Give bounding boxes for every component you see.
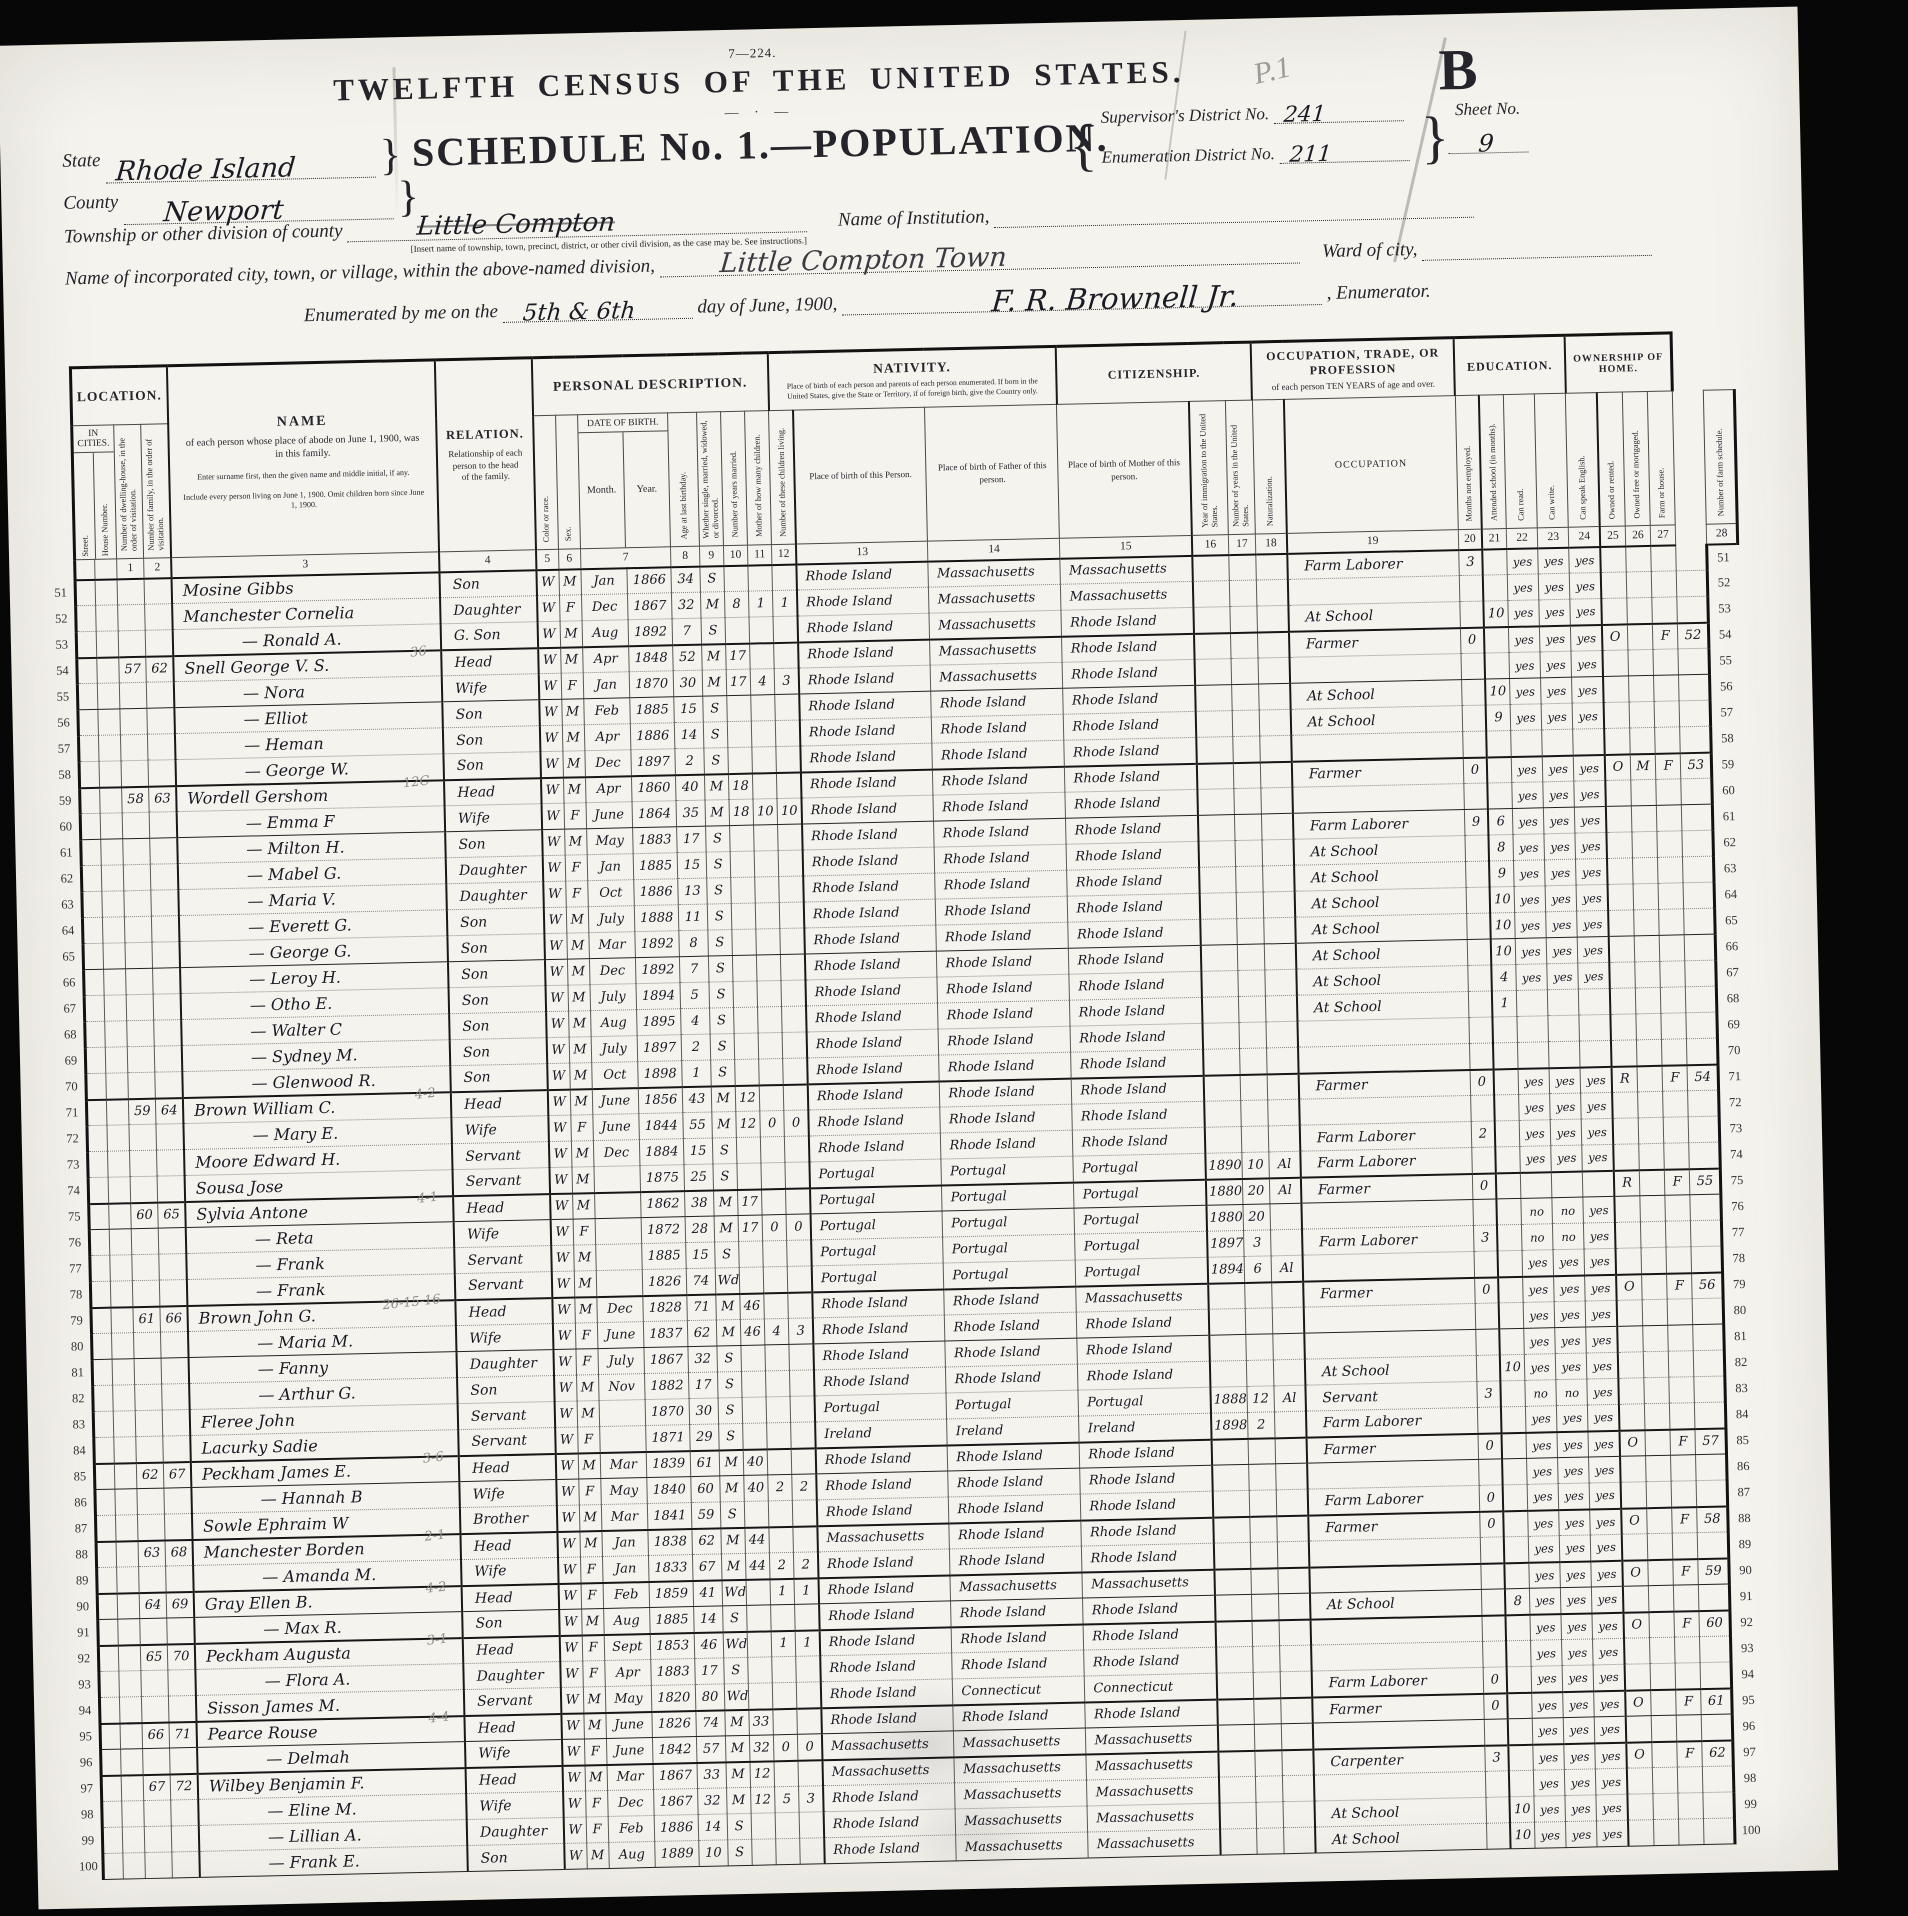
cell-attended-school: [1495, 1120, 1520, 1147]
line-number-left: 71: [59, 1100, 87, 1127]
cell-can-read: yes: [1530, 1614, 1562, 1641]
enumeration-district-label: Enumeration District No.: [1101, 144, 1275, 167]
cell-birth-month: July: [590, 984, 637, 1011]
cell-marital-status: S: [702, 696, 727, 723]
col-num: 5: [536, 549, 559, 569]
cell-marital-status: M: [726, 1761, 751, 1788]
cell-mother-of: [771, 1604, 796, 1631]
cell-sex: F: [573, 1219, 596, 1245]
cell-marital-status: S: [703, 748, 728, 775]
cell-age: 7: [672, 618, 701, 645]
line-number-right: 81: [1724, 1323, 1755, 1350]
cell-children-living: [786, 1188, 811, 1215]
cell-birthplace: Rhode Island: [819, 1601, 952, 1630]
cell-can-read: yes: [1508, 600, 1540, 627]
cell-can-speak-english: yes: [1586, 1326, 1618, 1353]
cell-children-living: [795, 1604, 820, 1631]
line-number-right: 52: [1708, 570, 1739, 597]
person-name: Sisson James M.: [207, 1696, 340, 1718]
cell-years-in-us: [1241, 1126, 1269, 1153]
cell-dwelling-number: [139, 1566, 167, 1593]
cell-dwelling-number: 63: [138, 1540, 166, 1567]
person-name: Peckham James E.: [202, 1462, 351, 1484]
cell-age: 2: [675, 748, 704, 775]
line-number-left: 59: [52, 788, 80, 815]
cell-farm-schedule-number: [1689, 1142, 1721, 1169]
cell-mother-birthplace: Rhode Island: [1064, 737, 1197, 766]
cell-attended-school: [1505, 1562, 1530, 1589]
cell-months-unemployed: 0: [1472, 1173, 1497, 1200]
person-name: — George G.: [190, 941, 351, 964]
cell-mother-of: [772, 1656, 797, 1683]
cell-occupation: Farmer: [1292, 758, 1464, 788]
cell-can-read: yes: [1533, 1770, 1565, 1797]
cell-immigration-year: [1197, 763, 1234, 790]
enumerated-post: day of June, 1900,: [697, 294, 837, 318]
cell-birth-year: 1872: [641, 1217, 686, 1244]
cell-birthplace: Rhode Island: [807, 1055, 940, 1084]
cell-marital-status: M: [714, 1215, 739, 1242]
cell-children-living: [793, 1500, 818, 1527]
cell-street: [78, 709, 99, 735]
cell-birth-year: 1883: [633, 827, 678, 854]
cell-age: 32: [698, 1788, 727, 1815]
cell-dwelling-number: [126, 968, 154, 995]
cell-can-read: yes: [1508, 626, 1540, 653]
col-num: 11: [747, 545, 772, 566]
cell-dwelling-number: [135, 1410, 163, 1437]
cell-dwelling-number: [122, 812, 150, 839]
cell-relation: Son: [447, 934, 544, 962]
cell-color-race: W: [540, 751, 563, 777]
cell-mother-birthplace: Massachusetts: [1087, 1777, 1220, 1806]
cell-mother-of: [776, 1838, 801, 1865]
cell-farm-or-house: [1676, 1715, 1702, 1742]
cell-farm-or-house: [1677, 1767, 1703, 1794]
cell-children-living: 0: [784, 1110, 809, 1137]
cell-father-birthplace: Rhode Island: [937, 948, 1070, 977]
cell-can-write: yes: [1559, 1509, 1591, 1536]
cell-sex: M: [583, 1712, 606, 1738]
cell-mother-birthplace: Rhode Island: [1080, 1439, 1213, 1468]
cell-marital-status: S: [718, 1397, 743, 1424]
cell-birthplace: Massachusetts: [822, 1757, 955, 1786]
cell-years-in-us: [1238, 970, 1266, 997]
cell-owned-free-mortgaged: [1650, 1663, 1676, 1690]
cell-months-unemployed: [1478, 1459, 1503, 1486]
cell-relation: Son: [440, 570, 537, 598]
cell-age: 17: [695, 1658, 724, 1685]
cell-can-speak-english: yes: [1578, 962, 1610, 989]
cell-birthplace: Rhode Island: [809, 1133, 942, 1162]
cell-months-unemployed: [1462, 705, 1487, 732]
cell-owned-free-mortgaged: [1633, 909, 1659, 936]
cell-years-in-us: [1229, 554, 1257, 581]
cell-birth-month: May: [605, 1685, 652, 1712]
cell-farm-schedule-number: [1682, 804, 1714, 831]
cell-color-race: W: [550, 1193, 573, 1219]
cell-father-birthplace: Rhode Island: [953, 1702, 1086, 1731]
cell-mother-birthplace: Rhode Island: [1062, 633, 1195, 662]
line-number-right: 95: [1732, 1687, 1763, 1714]
cell-can-read: yes: [1515, 912, 1547, 939]
cell-attended-school: [1483, 575, 1508, 602]
cell-mother-birthplace: Rhode Island: [1077, 1309, 1210, 1338]
cell-months-unemployed: 3: [1473, 1225, 1498, 1252]
cell-years-married: 12: [750, 1761, 775, 1788]
cell-mother-birthplace: Rhode Island: [1065, 763, 1198, 792]
cell-color-race: W: [549, 1167, 572, 1193]
cell-relation: Son: [442, 700, 539, 728]
cell-occupation: [1299, 1095, 1471, 1125]
cell-can-speak-english: yes: [1592, 1612, 1624, 1639]
cell-dwelling-number: 67: [143, 1774, 171, 1801]
cell-farm-or-house: [1665, 1195, 1691, 1222]
cell-can-read: yes: [1525, 1406, 1557, 1433]
cell-birthplace: Rhode Island: [801, 769, 934, 798]
family-column-label: Number of family, in the order of visita…: [141, 424, 171, 559]
cell-naturalization: [1261, 813, 1293, 840]
cell-owned-rented: [1600, 546, 1626, 573]
cell-owned-rented: O: [1626, 1742, 1652, 1769]
cell-occupation: Farm Laborer: [1306, 1407, 1478, 1437]
cell-naturalization: [1272, 1281, 1304, 1308]
cell-immigration-year: [1219, 1776, 1256, 1803]
cell-mother-of: 10: [753, 799, 778, 826]
cell-naturalization: [1257, 605, 1289, 632]
cell-sex: M: [560, 621, 583, 647]
cell-months-unemployed: 0: [1463, 757, 1488, 784]
cell-birthplace: Rhode Island: [798, 639, 931, 668]
cell-can-write: yes: [1539, 599, 1571, 626]
cell-can-speak-english: yes: [1573, 702, 1605, 729]
cell-years-married: 46: [740, 1293, 765, 1320]
cell-years-married: 12: [735, 1085, 760, 1112]
cell-children-living: [799, 1812, 824, 1839]
cell-immigration-year: [1193, 581, 1230, 608]
person-name: Wilbey Benjamin F.: [209, 1774, 365, 1796]
cell-age: 8: [679, 930, 708, 957]
ward-line: [1422, 236, 1652, 261]
cell-farm-or-house: [1657, 831, 1683, 858]
cell-farm-or-house: [1678, 1793, 1704, 1820]
cell-marital-status: M: [721, 1553, 746, 1580]
cell-mother-birthplace: Rhode Island: [1069, 971, 1202, 1000]
cell-mother-of: 4: [750, 669, 775, 696]
cell-owned-free-mortgaged: [1644, 1403, 1670, 1430]
cell-birth-month: Dec: [581, 594, 628, 621]
cell-house-number: [103, 943, 126, 969]
cell-farm-or-house: [1654, 675, 1680, 702]
cell-dwelling-number: [132, 1280, 160, 1307]
cell-street: [91, 1307, 112, 1333]
cell-years-married: 17: [726, 669, 751, 696]
person-name: — Eline M.: [209, 1799, 357, 1821]
cell-mother-birthplace: Rhode Island: [1077, 1335, 1210, 1364]
line-number-right: 61: [1713, 803, 1744, 830]
line-number-right: 71: [1718, 1063, 1749, 1090]
cell-birth-month: Aug: [590, 1010, 637, 1037]
cell-can-read: [1520, 1172, 1552, 1199]
cell-birth-month: Aug: [608, 1841, 655, 1868]
cell-years-married: [741, 1371, 766, 1398]
cell-sex: M: [566, 907, 589, 933]
cell-years-in-us: [1254, 1724, 1282, 1751]
cell-naturalization: [1263, 891, 1295, 918]
cell-sex: F: [586, 1816, 609, 1842]
cell-sex: M: [577, 1401, 600, 1427]
cell-can-speak-english: yes: [1594, 1664, 1626, 1691]
cell-farm-schedule-number: 61: [1701, 1688, 1733, 1715]
cell-sex: F: [582, 1661, 605, 1687]
owned-rented-column-label: Owned or rented.: [1597, 392, 1625, 527]
cell-farm-schedule-number: 57: [1695, 1428, 1727, 1455]
cell-family-number: [145, 604, 173, 631]
cell-attended-school: [1497, 1198, 1522, 1225]
cell-owned-free-mortgaged: [1653, 1819, 1679, 1846]
cell-birthplace: Rhode Island: [817, 1497, 950, 1526]
cell-owned-free-mortgaged: [1649, 1637, 1675, 1664]
cell-occupation: Farm Laborer: [1287, 550, 1459, 580]
cell-sex: M: [568, 985, 591, 1011]
cell-farm-schedule-number: [1676, 570, 1708, 597]
cell-years-married: 46: [740, 1319, 765, 1346]
cell-attended-school: [1502, 1458, 1527, 1485]
cell-farm-schedule-number: [1683, 882, 1715, 909]
cell-attended-school: 10: [1490, 886, 1515, 913]
cell-months-unemployed: [1468, 991, 1493, 1018]
cell-sex: M: [576, 1375, 599, 1401]
col-num: 8: [671, 546, 700, 567]
cell-immigration-year: [1210, 1360, 1247, 1387]
cell-naturalization: [1265, 995, 1297, 1022]
cell-owned-free-mortgaged: [1652, 1741, 1678, 1768]
cell-can-speak-english: yes: [1584, 1222, 1616, 1249]
enumerated-row: Enumerated by me on the 5th & 6th day of…: [304, 281, 1431, 328]
cell-birthplace: Rhode Island: [816, 1471, 949, 1500]
cell-mother-birthplace: Massachusetts: [1061, 581, 1194, 610]
cell-father-birthplace: Rhode Island: [938, 1000, 1071, 1029]
cell-can-write: yes: [1541, 703, 1573, 730]
cell-attended-school: [1504, 1536, 1529, 1563]
cell-occupation: [1309, 1537, 1481, 1567]
cell-attended-school: [1498, 1276, 1523, 1303]
cell-birth-month: Mar: [600, 1452, 647, 1479]
cell-immigration-year: [1213, 1490, 1250, 1517]
cell-birthplace: Rhode Island: [818, 1575, 951, 1604]
cell-relation: Head: [441, 648, 538, 676]
cell-color-race: W: [564, 1843, 587, 1869]
cell-naturalization: [1273, 1333, 1305, 1360]
cell-owned-free-mortgaged: [1643, 1351, 1669, 1378]
cell-relation: Daughter: [457, 1350, 554, 1378]
cell-farm-schedule-number: 62: [1702, 1740, 1734, 1767]
cell-can-read: yes: [1512, 782, 1544, 809]
cell-months-unemployed: [1486, 1797, 1511, 1824]
cell-owned-free-mortgaged: [1641, 1273, 1667, 1300]
cell-can-speak-english: yes: [1587, 1352, 1619, 1379]
cell-father-birthplace: Portugal: [942, 1208, 1075, 1237]
cell-mother-birthplace: Massachusetts: [1086, 1725, 1219, 1754]
cell-father-birthplace: Rhode Island: [948, 1468, 1081, 1497]
cell-relation: Daughter: [446, 882, 543, 910]
cell-dwelling-number: [131, 1228, 159, 1255]
cell-farm-schedule-number: 58: [1697, 1506, 1729, 1533]
cell-years-married: 40: [744, 1475, 769, 1502]
cell-mother-of: [757, 980, 782, 1007]
cell-age: 80: [696, 1684, 725, 1711]
cell-father-birthplace: Rhode Island: [949, 1494, 1082, 1523]
cell-can-speak-english: yes: [1588, 1404, 1620, 1431]
cell-house-number: [106, 1073, 129, 1099]
cell-name: — Frank E.: [199, 1846, 468, 1878]
cell-relation: Son: [448, 960, 545, 988]
cell-family-number: [156, 1124, 184, 1151]
cell-sex: M: [571, 1167, 594, 1193]
cell-color-race: W: [546, 1011, 569, 1037]
line-number-left: 63: [54, 892, 82, 919]
cell-farm-or-house: F: [1667, 1273, 1693, 1300]
cell-color-race: W: [553, 1323, 576, 1349]
cell-farm-or-house: [1671, 1481, 1697, 1508]
cell-mother-of: [761, 1162, 786, 1189]
person-name: — Milton H.: [188, 837, 345, 859]
cell-house-number: [108, 1177, 131, 1203]
cell-naturalization: [1263, 865, 1295, 892]
cell-attended-school: [1482, 549, 1507, 576]
cell-birth-year: 1882: [645, 1373, 690, 1400]
cell-birth-year: 1833: [649, 1555, 694, 1582]
cell-attended-school: [1498, 1250, 1523, 1277]
cell-attended-school: 9: [1489, 860, 1514, 887]
cell-occupation: At School: [1295, 914, 1467, 944]
col-num: 18: [1255, 533, 1287, 554]
location-group-header: LOCATION.: [70, 366, 168, 426]
cell-street: [98, 1645, 119, 1671]
person-name: — Mary E.: [194, 1124, 338, 1146]
person-name: Moore Edward H.: [195, 1150, 340, 1172]
cell-mother-birthplace: Rhode Island: [1069, 945, 1202, 974]
cell-months-unemployed: [1471, 1147, 1496, 1174]
cell-attended-school: [1493, 1042, 1518, 1069]
cell-owned-free-mortgaged: [1651, 1715, 1677, 1742]
cell-family-number: [171, 1825, 199, 1852]
cell-occupation: At School: [1296, 966, 1468, 996]
cell-birth-month: June: [606, 1711, 653, 1738]
cell-marital-status: S: [707, 904, 732, 931]
cell-months-unemployed: [1459, 601, 1484, 628]
cell-street: [81, 865, 102, 891]
cell-mother-of: [761, 1188, 786, 1215]
cell-house-number: [118, 1645, 141, 1671]
cell-owned-free-mortgaged: [1627, 623, 1653, 650]
cell-owned-free-mortgaged: [1637, 1091, 1663, 1118]
line-number-left: 83: [66, 1412, 94, 1439]
cell-can-read: yes: [1510, 704, 1542, 731]
cell-birth-year: 1864: [632, 801, 677, 828]
line-number-left: 70: [58, 1074, 86, 1101]
cell-years-married: 18: [729, 799, 754, 826]
cell-children-living: 3: [774, 668, 799, 695]
cell-marital-status: M: [715, 1293, 740, 1320]
line-number-right: 97: [1733, 1739, 1764, 1766]
cell-can-write: yes: [1540, 625, 1572, 652]
cell-age: 29: [690, 1424, 719, 1451]
color-column-label: Color or race.: [533, 415, 558, 549]
cell-house-number: [117, 1593, 140, 1619]
cell-years-married: 12: [736, 1111, 761, 1138]
enumeration-district-value: 211: [1288, 142, 1332, 168]
cell-owned-rented: O: [1625, 1690, 1651, 1717]
cell-years-in-us: [1236, 892, 1264, 919]
cell-immigration-year: [1214, 1542, 1251, 1569]
cell-mother-of: [765, 1344, 790, 1371]
cell-birth-month: Dec: [607, 1789, 654, 1816]
cell-mother-of: [775, 1812, 800, 1839]
cell-farm-schedule-number: [1677, 596, 1709, 623]
cell-children-living: 3: [799, 1786, 824, 1813]
cell-attended-school: [1494, 1094, 1519, 1121]
line-number-right: 68: [1717, 985, 1748, 1012]
cell-relation: Wife: [461, 1558, 558, 1586]
cell-farm-or-house: [1654, 701, 1680, 728]
col-num: 17: [1228, 534, 1256, 555]
cell-occupation: Farm Laborer: [1293, 810, 1465, 840]
cell-father-birthplace: Portugal: [944, 1260, 1077, 1289]
cell-years-in-us: 3: [1243, 1230, 1271, 1257]
cell-dwelling-number: [143, 1748, 171, 1775]
cell-farm-schedule-number: [1680, 726, 1712, 753]
cell-can-write: yes: [1541, 677, 1573, 704]
marital-column-label: Whether single, married, widowed, or div…: [696, 412, 723, 546]
cell-owned-rented: [1612, 1092, 1638, 1119]
cell-sex: M: [574, 1271, 597, 1297]
cell-sex: M: [579, 1531, 602, 1557]
cell-mother-birthplace: Rhode Island: [1068, 919, 1201, 948]
cell-immigration-year: [1204, 1100, 1241, 1127]
cell-dwelling-number: [120, 734, 148, 761]
cell-family-number: [169, 1695, 197, 1722]
cell-sex: M: [566, 933, 589, 959]
cell-years-married: [747, 1631, 772, 1658]
cell-age: 14: [699, 1814, 728, 1841]
cell-months-unemployed: [1475, 1329, 1500, 1356]
cell-family-number: [162, 1384, 190, 1411]
cell-age: 41: [693, 1580, 722, 1607]
cell-months-unemployed: [1461, 653, 1486, 680]
cell-immigration-year: [1220, 1828, 1257, 1855]
cell-birth-month: Jan: [602, 1530, 649, 1557]
line-number-left: 94: [72, 1698, 100, 1725]
cell-mother-of: [767, 1448, 792, 1475]
cell-occupation: [1314, 1771, 1486, 1801]
cell-relation: Head: [461, 1532, 558, 1560]
line-number-right: 85: [1726, 1427, 1757, 1454]
cell-can-write: yes: [1554, 1301, 1586, 1328]
cell-can-speak-english: yes: [1588, 1430, 1620, 1457]
cell-years-married: 17: [738, 1215, 763, 1242]
cell-can-read: yes: [1524, 1354, 1556, 1381]
line-number-left: 82: [65, 1386, 93, 1413]
cell-years-married: [742, 1423, 767, 1450]
cell-can-read: yes: [1527, 1484, 1559, 1511]
cell-dwelling-number: [141, 1670, 169, 1697]
cell-family-number: [161, 1358, 189, 1385]
cell-farm-schedule-number: [1676, 544, 1708, 571]
cell-dwelling-number: 62: [136, 1462, 164, 1489]
cell-owned-free-mortgaged: [1640, 1195, 1666, 1222]
cell-color-race: W: [562, 1739, 585, 1765]
